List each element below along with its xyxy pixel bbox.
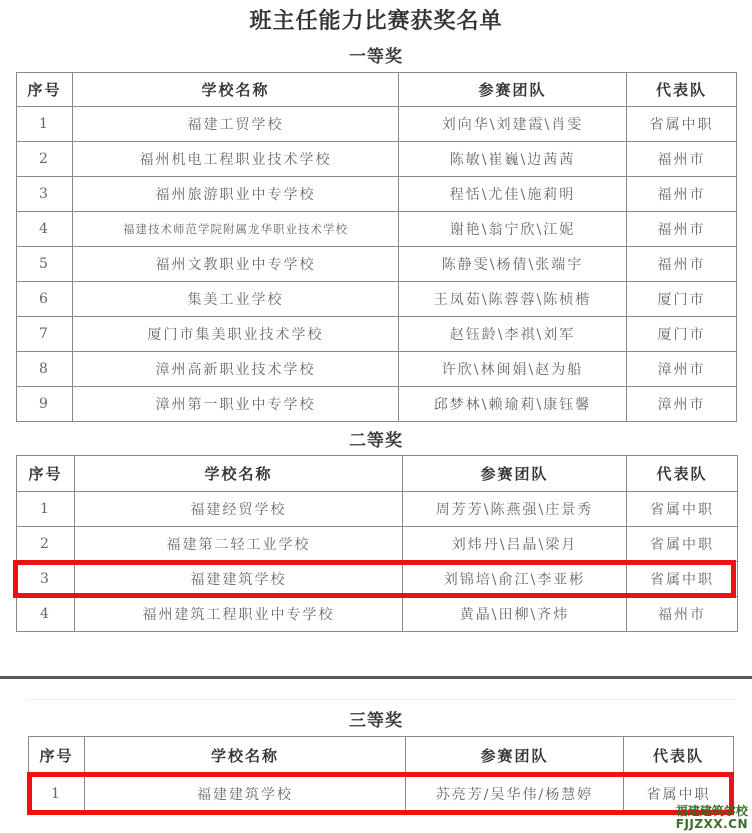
table-row: 6 集美工业学校 王凤茹\陈蓉蓉\陈桢楷 厦门市 [17, 282, 737, 317]
cell-school: 福建第二轻工业学校 [75, 527, 403, 562]
cell-no: 4 [17, 597, 75, 632]
col-header-team: 参赛团队 [403, 456, 627, 492]
separator-line [0, 676, 752, 679]
cell-team: 邱梦林\赖瑜莉\康钰馨 [399, 387, 627, 422]
cell-school: 福州机电工程职业技术学校 [73, 142, 399, 177]
cell-team: 周芳芳\陈燕强\庄景秀 [403, 492, 627, 527]
cell-region: 福州市 [627, 142, 737, 177]
cell-no: 4 [17, 212, 73, 247]
cell-region: 省属中职 [627, 562, 738, 597]
first-prize-heading: 一等奖 [0, 42, 752, 67]
third-prize-heading: 三等奖 [0, 706, 752, 731]
document-title: 班主任能力比赛获奖名单 [0, 4, 752, 35]
cell-school: 福建建筑学校 [75, 562, 403, 597]
cell-no: 3 [17, 562, 75, 597]
cell-no: 8 [17, 352, 73, 387]
col-header-school: 学校名称 [73, 73, 399, 107]
cell-school: 福州建筑工程职业中专学校 [75, 597, 403, 632]
table-row: 3 福州旅游职业中专学校 程恬\尤佳\施莉明 福州市 [17, 177, 737, 212]
cell-team: 赵钰龄\李祺\刘军 [399, 317, 627, 352]
col-header-no: 序号 [17, 73, 73, 107]
cell-team: 程恬\尤佳\施莉明 [399, 177, 627, 212]
cell-school: 福州旅游职业中专学校 [73, 177, 399, 212]
cell-school: 福州文教职业中专学校 [73, 247, 399, 282]
cell-region: 厦门市 [627, 282, 737, 317]
cell-team: 刘锦培\俞江\李亚彬 [403, 562, 627, 597]
cell-team: 王凤茹\陈蓉蓉\陈桢楷 [399, 282, 627, 317]
cell-school: 漳州第一职业中专学校 [73, 387, 399, 422]
cell-no: 3 [17, 177, 73, 212]
cell-school: 集美工业学校 [73, 282, 399, 317]
table-row: 2 福建第二轻工业学校 刘炜丹\吕晶\梁月 省属中职 [17, 527, 738, 562]
col-header-region: 代表队 [627, 456, 738, 492]
cell-region: 福州市 [627, 247, 737, 282]
table-header-row: 序号 学校名称 参赛团队 代表队 [29, 737, 734, 774]
cell-team: 陈静雯\杨倩\张端宇 [399, 247, 627, 282]
col-header-region: 代表队 [627, 73, 737, 107]
third-prize-table: 序号 学校名称 参赛团队 代表队 1 福建建筑学校 苏亮芳/吴华伟/杨慧婷 省属… [28, 736, 734, 814]
col-header-school: 学校名称 [85, 737, 406, 774]
table-row: 5 福州文教职业中专学校 陈静雯\杨倩\张端宇 福州市 [17, 247, 737, 282]
cell-region: 省属中职 [627, 527, 738, 562]
cell-region: 漳州市 [627, 387, 737, 422]
col-header-region: 代表队 [624, 737, 734, 774]
cell-no: 7 [17, 317, 73, 352]
cell-no: 6 [17, 282, 73, 317]
table-row: 4 福州建筑工程职业中专学校 黄晶\田柳\齐炜 福州市 [17, 597, 738, 632]
watermark: 福建建筑学校 FJJZXX.CN [676, 805, 748, 831]
table-row: 1 福建经贸学校 周芳芳\陈燕强\庄景秀 省属中职 [17, 492, 738, 527]
cell-region: 省属中职 [627, 492, 738, 527]
col-header-team: 参赛团队 [399, 73, 627, 107]
cell-school: 福建建筑学校 [85, 774, 406, 814]
cell-no: 2 [17, 527, 75, 562]
cell-team: 黄晶\田柳\齐炜 [403, 597, 627, 632]
table-row-highlighted: 3 福建建筑学校 刘锦培\俞江\李亚彬 省属中职 [17, 562, 738, 597]
table-row: 2 福州机电工程职业技术学校 陈敏\崔巍\边茜茜 福州市 [17, 142, 737, 177]
cell-school: 厦门市集美职业技术学校 [73, 317, 399, 352]
col-header-team: 参赛团队 [406, 737, 624, 774]
cell-team: 许欣\林闽娟\赵为船 [399, 352, 627, 387]
table-row: 1 福建工贸学校 刘向华\刘建霞\肖雯 省属中职 [17, 107, 737, 142]
col-header-no: 序号 [29, 737, 85, 774]
cell-team: 谢艳\翁宁欣\江妮 [399, 212, 627, 247]
cell-school: 福建工贸学校 [73, 107, 399, 142]
second-prize-heading: 二等奖 [0, 426, 752, 451]
cell-region: 福州市 [627, 212, 737, 247]
col-header-school: 学校名称 [75, 456, 403, 492]
cell-school: 漳州高新职业技术学校 [73, 352, 399, 387]
cell-region: 福州市 [627, 177, 737, 212]
cell-region: 厦门市 [627, 317, 737, 352]
cell-school: 福建技术师范学院附属龙华职业技术学校 [73, 212, 399, 247]
cell-no: 9 [17, 387, 73, 422]
second-prize-table: 序号 学校名称 参赛团队 代表队 1 福建经贸学校 周芳芳\陈燕强\庄景秀 省属… [16, 455, 738, 632]
cell-team: 刘向华\刘建霞\肖雯 [399, 107, 627, 142]
table-header-row: 序号 学校名称 参赛团队 代表队 [17, 73, 737, 107]
table-header-row: 序号 学校名称 参赛团队 代表队 [17, 456, 738, 492]
cell-region: 漳州市 [627, 352, 737, 387]
cell-no: 5 [17, 247, 73, 282]
table-row-highlighted: 1 福建建筑学校 苏亮芳/吴华伟/杨慧婷 省属中职 [29, 774, 734, 814]
cell-region: 福州市 [627, 597, 738, 632]
table-row: 7 厦门市集美职业技术学校 赵钰龄\李祺\刘军 厦门市 [17, 317, 737, 352]
table-row: 9 漳州第一职业中专学校 邱梦林\赖瑜莉\康钰馨 漳州市 [17, 387, 737, 422]
table-row: 4 福建技术师范学院附属龙华职业技术学校 谢艳\翁宁欣\江妮 福州市 [17, 212, 737, 247]
table-row: 8 漳州高新职业技术学校 许欣\林闽娟\赵为船 漳州市 [17, 352, 737, 387]
cell-team: 苏亮芳/吴华伟/杨慧婷 [406, 774, 624, 814]
watermark-en: FJJZXX.CN [676, 818, 748, 831]
cell-team: 刘炜丹\吕晶\梁月 [403, 527, 627, 562]
cell-team: 陈敏\崔巍\边茜茜 [399, 142, 627, 177]
cell-no: 2 [17, 142, 73, 177]
cell-no: 1 [29, 774, 85, 814]
cell-school: 福建经贸学校 [75, 492, 403, 527]
page-edge-line [26, 699, 736, 700]
first-prize-table: 序号 学校名称 参赛团队 代表队 1 福建工贸学校 刘向华\刘建霞\肖雯 省属中… [16, 72, 737, 422]
cell-no: 1 [17, 492, 75, 527]
col-header-no: 序号 [17, 456, 75, 492]
cell-region: 省属中职 [627, 107, 737, 142]
cell-no: 1 [17, 107, 73, 142]
